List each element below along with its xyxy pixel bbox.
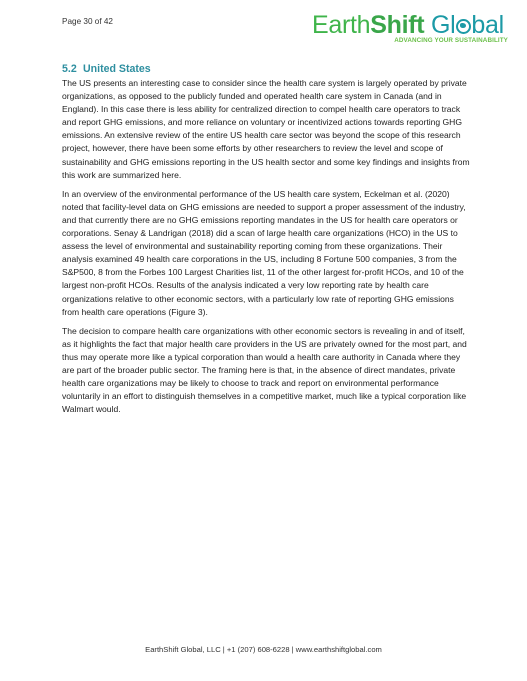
page-number: Page 30 of 42 <box>62 17 113 26</box>
page-footer: EarthShift Global, LLC | +1 (207) 608-62… <box>0 645 527 654</box>
logo-tagline: ADVANCING YOUR SUSTAINABILITY <box>394 37 508 44</box>
company-logo: EarthShift Glbal ADVANCING YOUR SUSTAINA… <box>312 12 512 48</box>
logo-wordmark: EarthShift Glbal <box>312 12 504 38</box>
section-heading: 5.2United States <box>62 62 472 76</box>
globe-icon <box>456 19 471 34</box>
paragraph-1: The US presents an interesting case to c… <box>62 77 472 182</box>
section-content: 5.2United States The US presents an inte… <box>62 62 472 422</box>
logo-global-text: Glbal <box>431 11 504 39</box>
section-title: United States <box>83 63 151 75</box>
logo-global-suffix: bal <box>471 11 503 39</box>
logo-global-prefix: Gl <box>431 11 455 39</box>
paragraph-2: In an overview of the environmental perf… <box>62 188 472 319</box>
section-number: 5.2 <box>62 62 83 76</box>
logo-shift-text: Shift <box>370 11 424 39</box>
logo-earth-text: Earth <box>312 11 370 39</box>
paragraph-3: The decision to compare health care orga… <box>62 325 472 417</box>
